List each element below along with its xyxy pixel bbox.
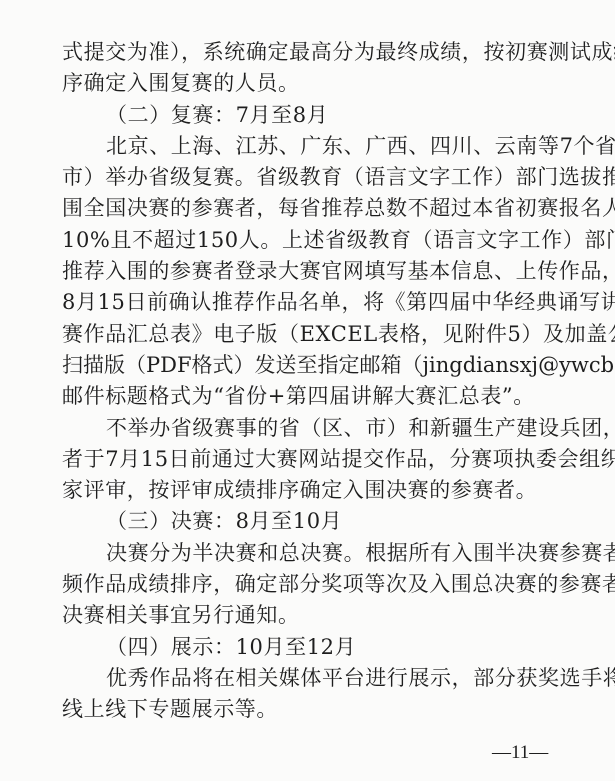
text-line: 8月15日前确认推荐作品名单，将《第四届中华经典诵写讲大 xyxy=(62,287,556,318)
text-line: 市）举办省级复赛。省级教育（语言文字工作）部门选拔推荐入 xyxy=(62,162,556,193)
text-line: 线上线下专题展示等。 xyxy=(62,694,556,725)
paragraph-start: 优秀作品将在相关媒体平台进行展示，部分获奖选手将参与 xyxy=(62,663,556,694)
text-line: 式提交为准），系统确定最高分为最终成绩，按初赛测试成绩排 xyxy=(62,37,556,68)
page-number: —11— xyxy=(492,742,548,764)
document-body: 式提交为准），系统确定最高分为最终成绩，按初赛测试成绩排 序确定入围复赛的人员。… xyxy=(62,37,556,726)
paragraph-start: 北京、上海、江苏、广东、广西、四川、云南等7个省（区、 xyxy=(62,131,556,162)
text-line: 赛作品汇总表》电子版（EXCEL表格，见附件5）及加盖公章 xyxy=(62,319,556,350)
paragraph-start: 不举办省级赛事的省（区、市）和新疆生产建设兵团，参赛 xyxy=(62,413,556,444)
text-line: 序确定入围复赛的人员。 xyxy=(62,68,556,99)
text-line: 10%且不超过150人。上述省级教育（语言文字工作）部门组织 xyxy=(62,225,556,256)
text-line: 频作品成绩排序，确定部分奖项等次及入围总决赛的参赛者。总 xyxy=(62,569,556,600)
text-line: 推荐入围的参赛者登录大赛官网填写基本信息、上传作品，并于 xyxy=(62,256,556,287)
section-heading-zhanshi: （四）展示：10月至12月 xyxy=(62,632,556,663)
text-line: 围全国决赛的参赛者，每省推荐总数不超过本省初赛报名人数的 xyxy=(62,193,556,224)
text-line: 者于7月15日前通过大赛网站提交作品，分赛项执委会组织专 xyxy=(62,444,556,475)
text-line: 邮件标题格式为“省份+第四届讲解大赛汇总表”。 xyxy=(62,381,556,412)
text-line: 决赛相关事宜另行通知。 xyxy=(62,600,556,631)
section-heading-juesai: （三）决赛：8月至10月 xyxy=(62,506,556,537)
paragraph-start: 决赛分为半决赛和总决赛。根据所有入围半决赛参赛者的视 xyxy=(62,538,556,569)
section-heading-fusai: （二）复赛：7月至8月 xyxy=(62,100,556,131)
text-line-email: 扫描版（PDF格式）发送至指定邮箱（jingdiansxj@ywcbs.com）… xyxy=(62,350,556,381)
text-line: 家评审，按评审成绩排序确定入围决赛的参赛者。 xyxy=(62,475,556,506)
